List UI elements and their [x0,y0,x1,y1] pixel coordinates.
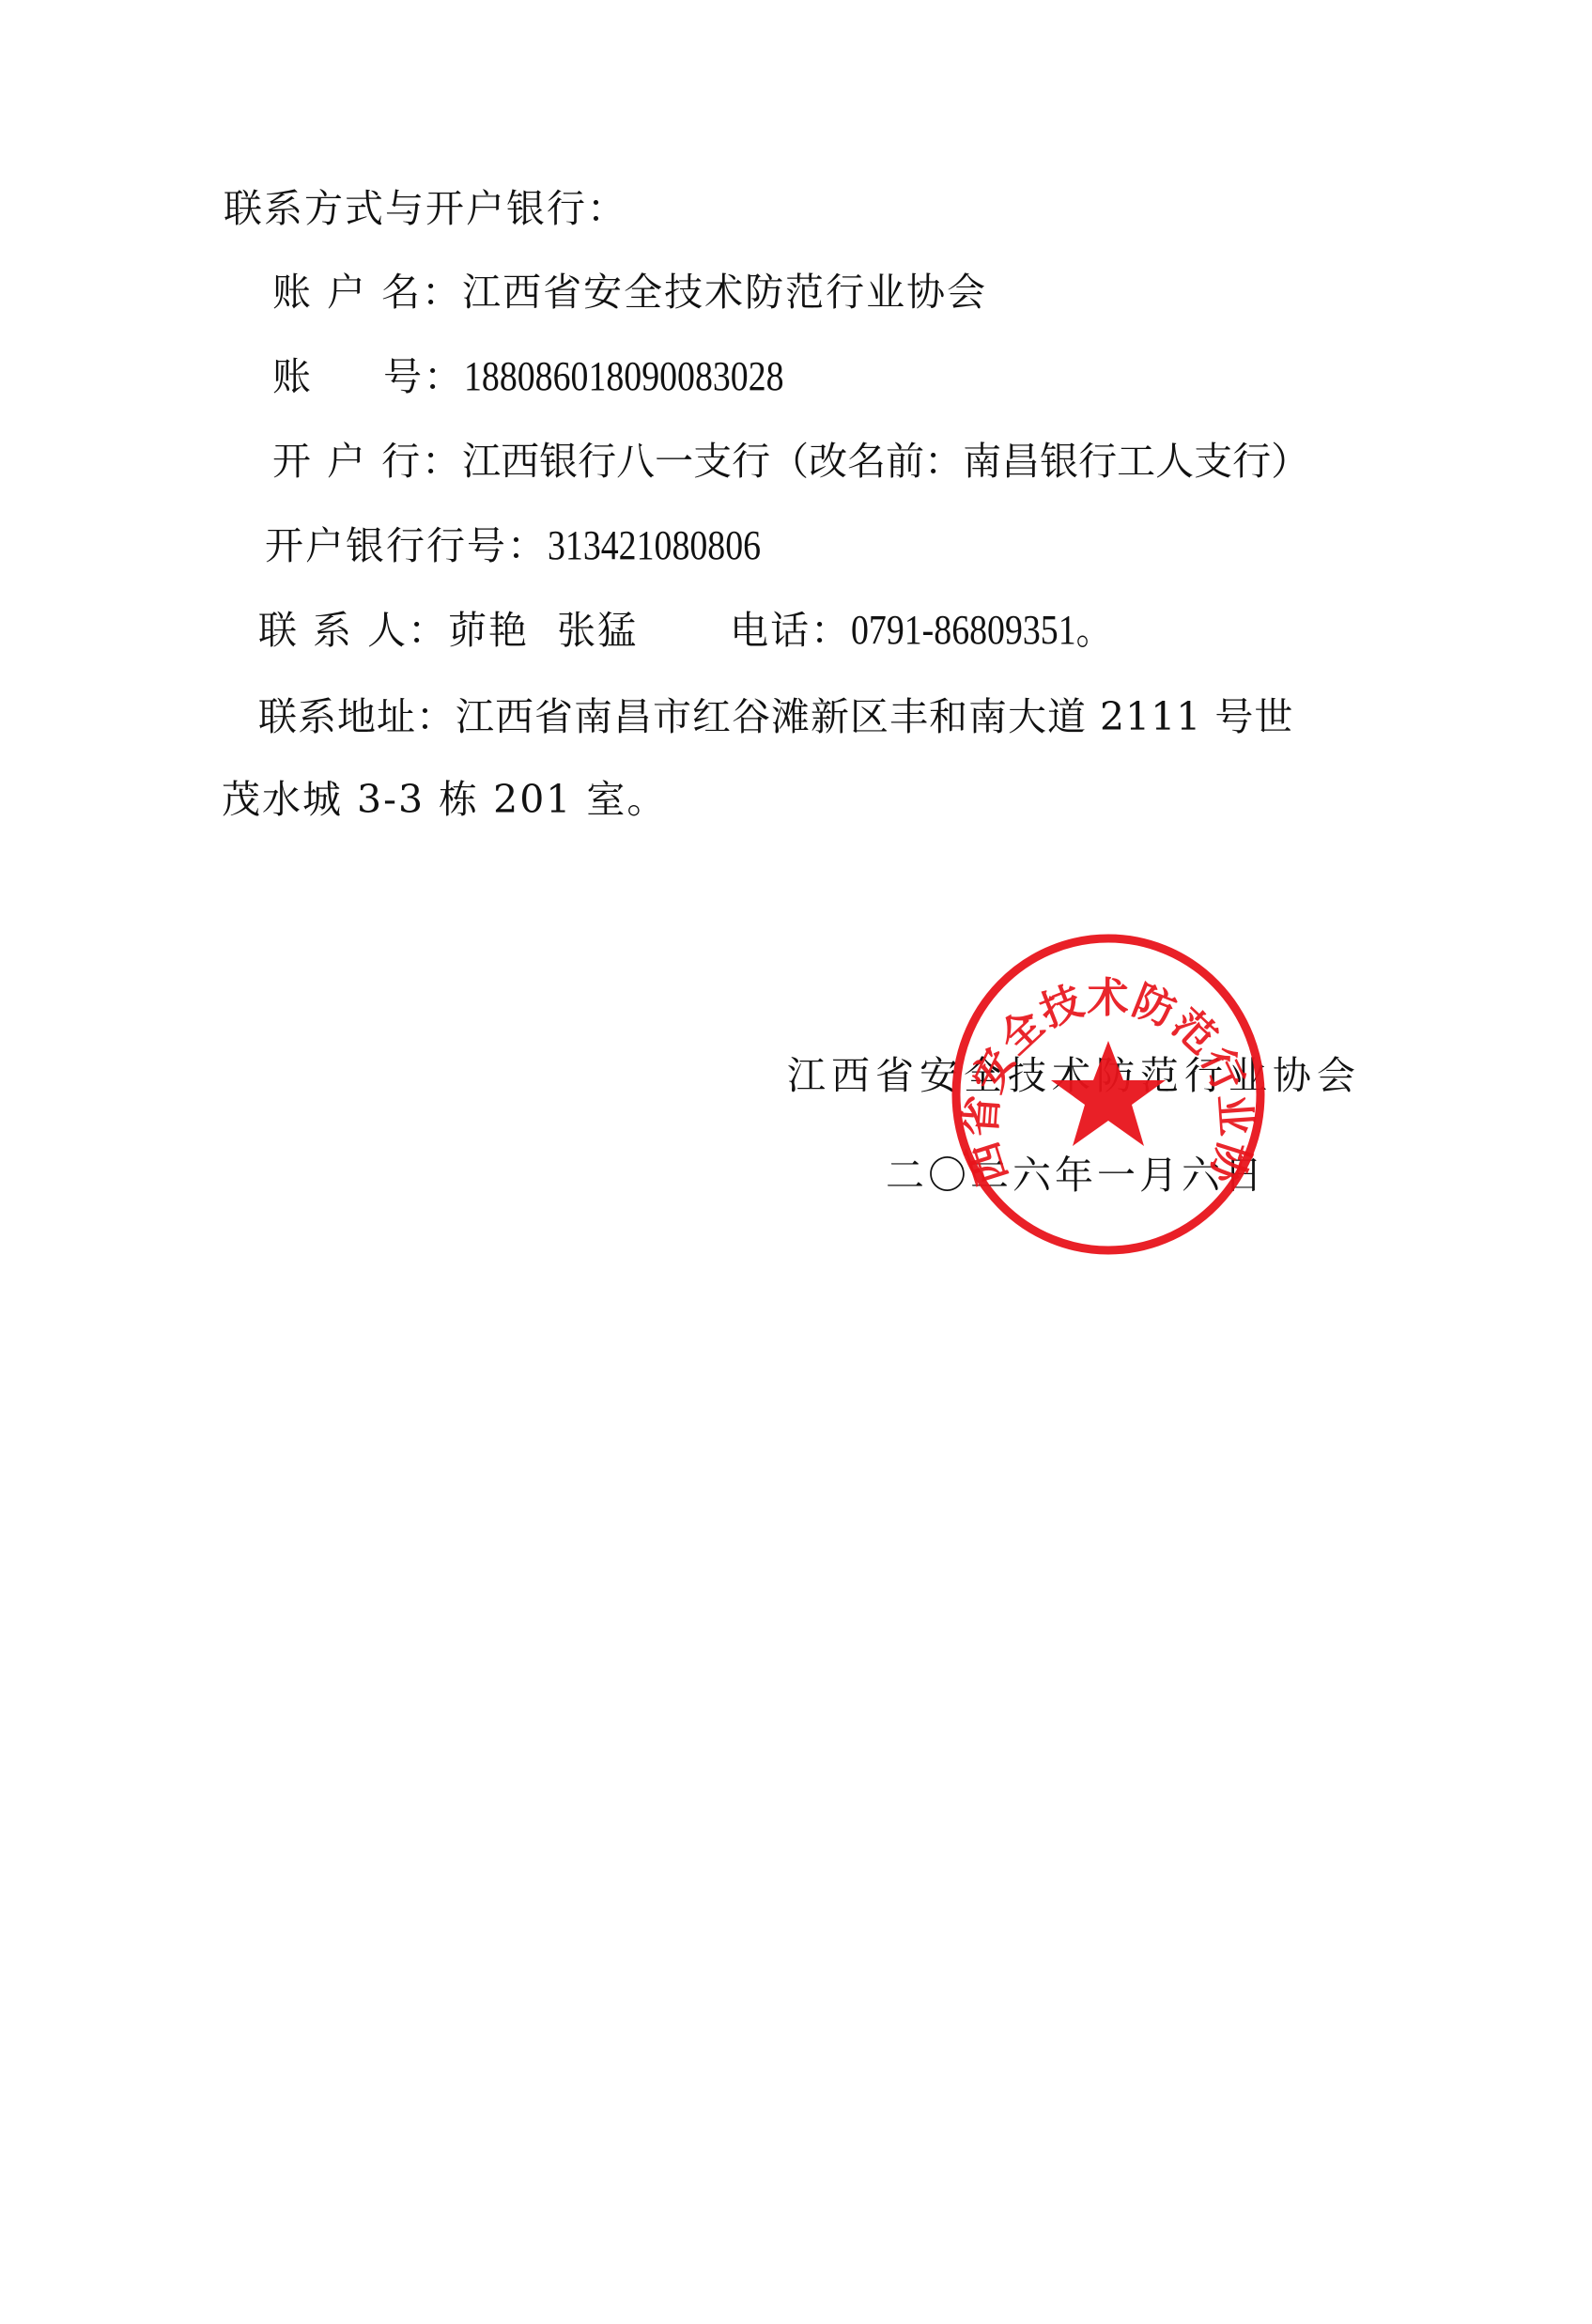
contacts-value: 茆艳 张猛 [448,607,730,654]
signature-date: 二〇二六年一月六日 [886,1144,1266,1200]
bank-label: 开 户 行： [272,438,462,485]
contacts-row: 联 系 人： 茆艳 张猛 电话： 0791-86809351。 [258,607,1154,654]
bank-code-label: 开户银行行号： [265,522,548,569]
address-row: 联系地址： 江西省南昌市红谷滩新区丰和南大道 2111 号世 [258,693,1293,740]
phone-value: 0791-86809351。 [851,607,1111,654]
bank-row: 开 户 行： 江西银行八一支行（改名前：南昌银行工人支行） [272,438,1309,485]
heading: 联系方式与开户银行： [224,185,627,232]
bank-code-row: 开户银行行号： 313421080806 [265,522,796,569]
account-number-value: 188086018090083028 [464,353,784,400]
bank-value: 江西银行八一支行（改名前：南昌银行工人支行） [462,438,1309,485]
account-number-row: 账 号： 188086018090083028 [272,353,836,400]
account-name-label: 账 户 名： [272,269,462,316]
phone-label: 电话： [730,607,851,654]
account-number-label: 账 号： [272,353,464,400]
account-name-row: 账 户 名： 江西省安全技术防范行业协会 [272,269,987,316]
address-line1: 江西省南昌市红谷滩新区丰和南大道 2111 号世 [456,693,1293,740]
document-page: 联系方式与开户银行： 账 户 名： 江西省安全技术防范行业协会 账 号： 188… [0,0,1592,2324]
account-name-value: 江西省安全技术防范行业协会 [462,269,987,316]
bank-code-value: 313421080806 [548,522,761,569]
signature-organization: 江西省安全技术防范行业协会 [787,1045,1361,1100]
contacts-label: 联 系 人： [258,607,448,654]
address-line2: 茂水城 3-3 栋 201 室。 [222,776,667,823]
address-label: 联系地址： [258,693,456,740]
